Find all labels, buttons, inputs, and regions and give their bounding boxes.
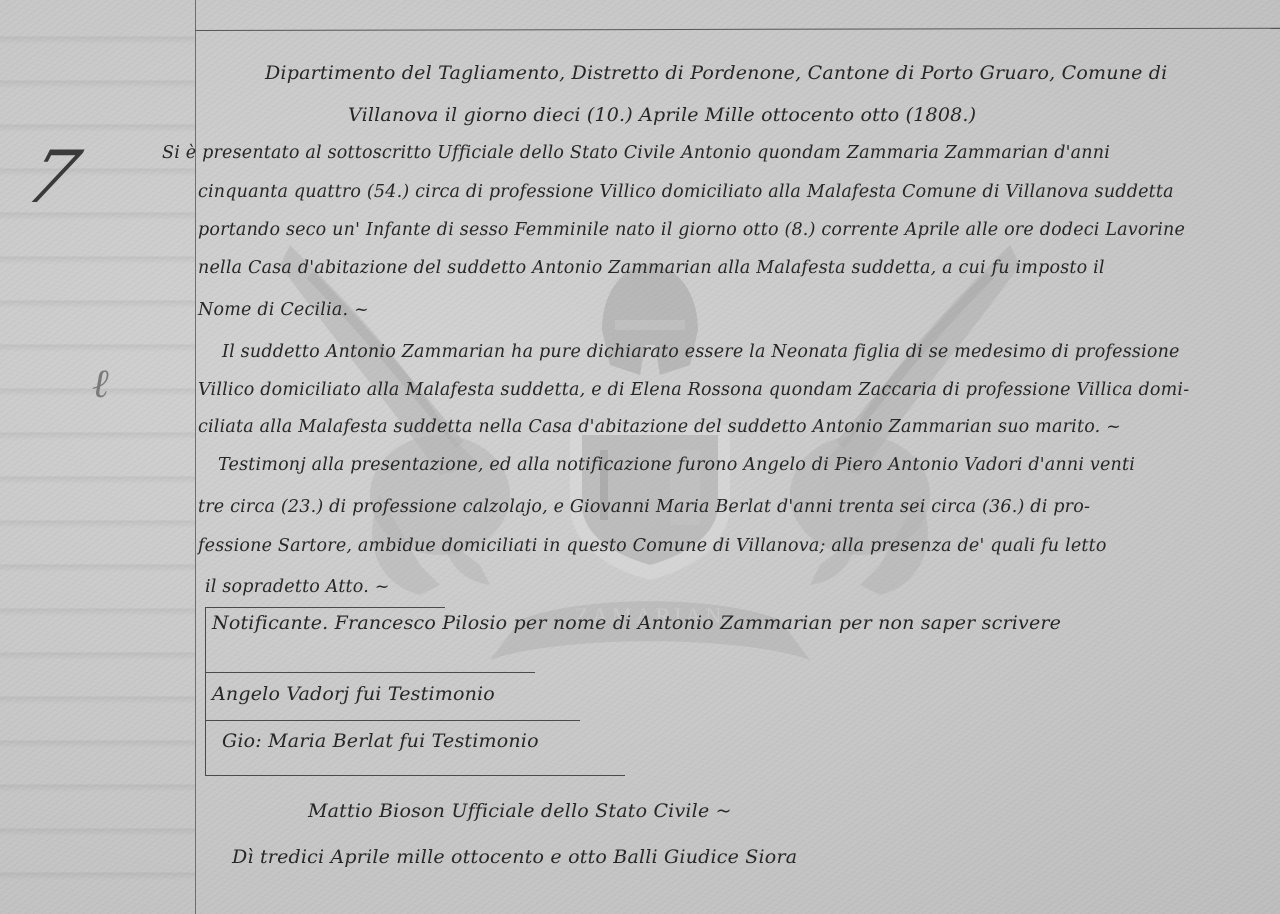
body-line: tre circa (23.) di professione calzolajo…: [198, 497, 1090, 517]
signature-rule: [205, 720, 580, 721]
document-page: ZAMARIAN 7 ℓ Dipartimento del Tagliament…: [0, 0, 1280, 914]
top-rule-line: [195, 28, 1280, 31]
body-line: Nome di Cecilia. ~: [198, 300, 369, 320]
body-line: fessione Sartore, ambidue domiciliati in…: [198, 536, 1107, 556]
margin-rule-line: [195, 0, 196, 914]
heading-line-1: Dipartimento del Tagliamento, Distretto …: [265, 62, 1167, 84]
court-annotation: Dì tredici Aprile mille ottocento e otto…: [232, 846, 797, 868]
signature-rule: [205, 607, 445, 608]
left-margin-bleedthrough: [0, 0, 195, 914]
witness-2-signature: Gio: Maria Berlat fui Testimonio: [222, 730, 539, 752]
body-line: portando seco un' Infante di sesso Femmi…: [198, 220, 1185, 240]
margin-annotation-mark: ℓ: [92, 360, 109, 407]
signature-brace: [205, 607, 206, 775]
signature-rule: [205, 672, 535, 673]
body-line: Villico domiciliato alla Malafesta sudde…: [198, 380, 1189, 400]
body-line: Testimonj alla presentazione, ed alla no…: [218, 455, 1135, 475]
body-line: nella Casa d'abitazione del suddetto Ant…: [198, 258, 1105, 278]
notifier-signature: Notificante. Francesco Pilosio per nome …: [212, 612, 1061, 634]
body-line: cinquanta quattro (54.) circa di profess…: [198, 182, 1174, 202]
body-line: Il suddetto Antonio Zammarian ha pure di…: [222, 342, 1180, 362]
heading-line-2: Villanova il giorno dieci (10.) Aprile M…: [348, 104, 976, 126]
witness-1-signature: Angelo Vadorj fui Testimonio: [212, 683, 495, 705]
body-line: Si è presentato al sottoscritto Ufficial…: [162, 143, 1110, 163]
body-line: ciliata alla Malafesta suddetta nella Ca…: [198, 417, 1121, 437]
signature-rule: [205, 775, 625, 776]
officer-signature: Mattio Bioson Ufficiale dello Stato Civi…: [308, 800, 732, 822]
body-line: il sopradetto Atto. ~: [205, 577, 390, 597]
